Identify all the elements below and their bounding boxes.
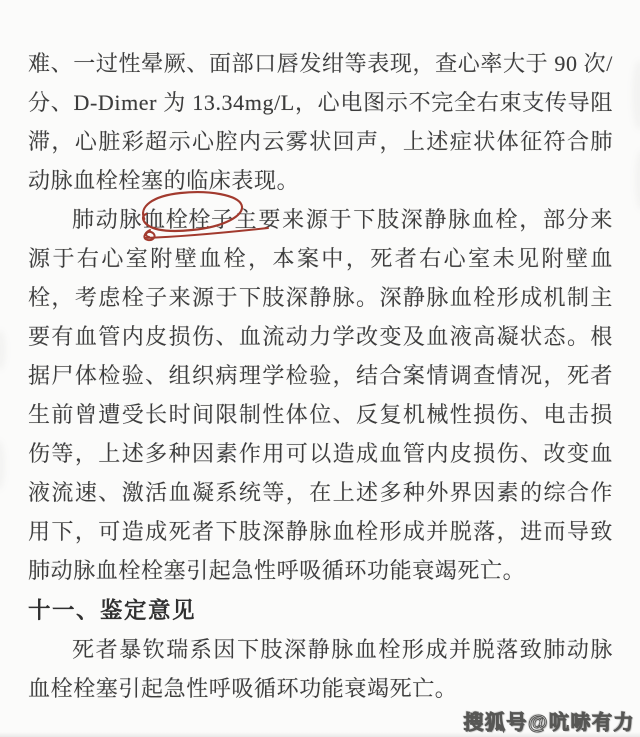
scan-smudge	[0, 440, 5, 490]
scan-smudge	[632, 60, 640, 130]
sohu-watermark: 搜狐号@吭哧有力	[463, 706, 635, 735]
paragraph-thrombosis-mechanism: 肺动脉血栓栓子 主要来源于下肢深静脉血栓，部分来源于右心室附壁血栓，本案中，死者…	[28, 200, 613, 590]
text-before-circle: 肺动脉	[72, 207, 143, 232]
circled-phrase-label: 血栓栓子	[143, 207, 233, 232]
scan-smudge	[0, 330, 6, 370]
paragraph-clinical-findings: 难、一过性晕厥、面部口唇发绀等表现，查心率大于 90 次/分、D-Dimer 为…	[28, 44, 613, 200]
section-heading: 十一、鉴定意见	[28, 591, 613, 630]
text-after-circle: 主要来源于下肢深静脉血栓，部分来源于右心室附壁血栓，本案中，死者右心室未见附壁血…	[28, 207, 613, 583]
red-circled-phrase: 血栓栓子	[143, 200, 233, 239]
paragraph-identification-conclusion: 死者暴钦瑞系因下肢深静脉血栓形成并脱落致肺动脉血栓栓塞引起急性呼吸循环功能衰竭死…	[28, 630, 613, 708]
scan-smudge	[635, 150, 640, 210]
document-page: 难、一过性晕厥、面部口唇发绀等表现，查心率大于 90 次/分、D-Dimer 为…	[0, 0, 640, 737]
